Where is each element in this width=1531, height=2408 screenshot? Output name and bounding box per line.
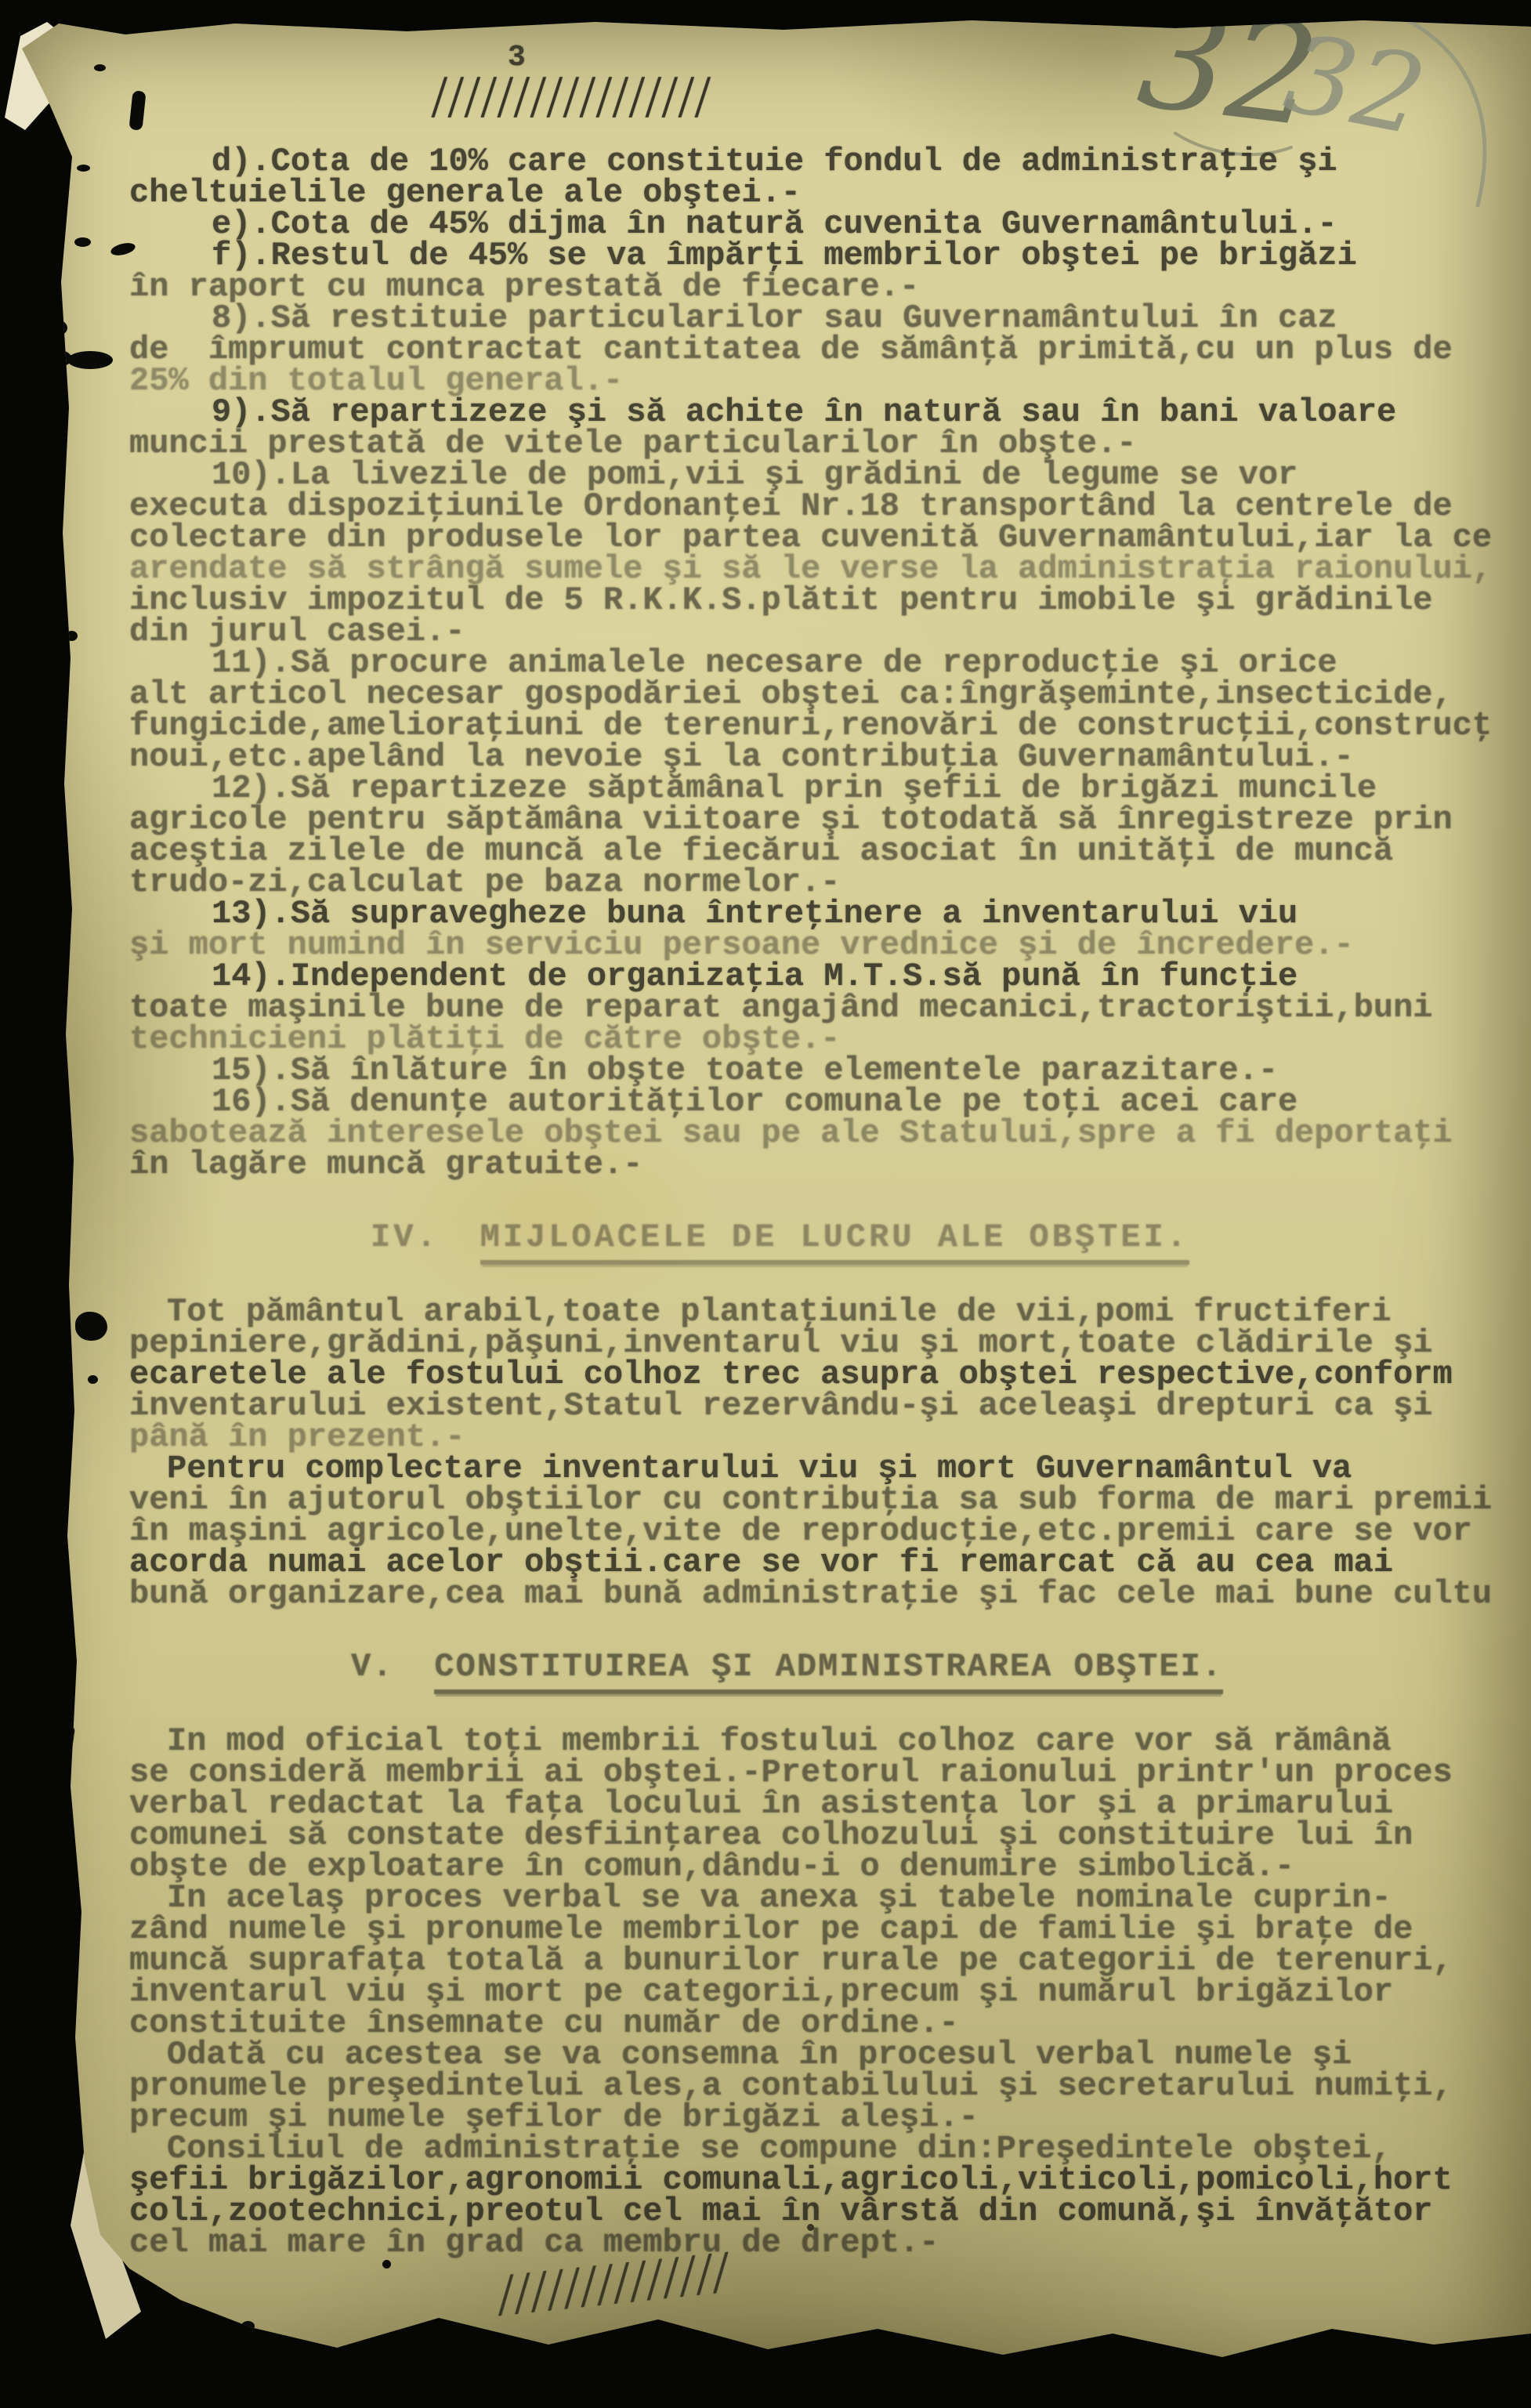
text-line: 25% din totalul general.- (129, 365, 1531, 397)
text-line: In mod oficial toţi membrii fostului col… (129, 1725, 1531, 1757)
text-line: până în prezent.- (129, 1421, 1531, 1453)
text-line: în lagăre muncă gratuite.- (129, 1149, 1531, 1180)
text-line: în maşini agricole,unelte,vite de reprod… (129, 1515, 1531, 1547)
text-line: se consideră membrii ai obştei.-Pretorul… (129, 1757, 1531, 1788)
punch-hole (30, 349, 72, 368)
text-line: şi mort numind în serviciu persoane vred… (129, 929, 1531, 961)
text-line: sabotează interesele obştei sau pe ale S… (129, 1117, 1531, 1149)
ink-blot (74, 237, 91, 247)
ink-blot (807, 2224, 814, 2231)
text-line: Consiliul de administraţie se compune di… (129, 2133, 1531, 2164)
ink-blot (241, 2321, 255, 2331)
text-line: e).Cota de 45% dijma în natură cuvenita … (129, 208, 1531, 240)
edge-hole (0, 992, 27, 1044)
text-line: noui,etc.apelând la nevoie şi la contrib… (129, 741, 1531, 773)
text-line: comunei să constate desfiinţarea colhozu… (129, 1820, 1531, 1851)
section-heading: V.CONSTITUIREA ŞI ADMINISTRAREA OBŞTEI. (129, 1649, 1531, 1685)
text-line: muncă suprafaţa totală a bunurilor rural… (129, 1945, 1531, 1976)
text-line: precum şi numele şefilor de brigăzi aleş… (129, 2102, 1531, 2133)
text-line: muncii prestată de vitele particularilor… (129, 428, 1531, 459)
text-line: 8).Să restituie particularilor sau Guver… (129, 302, 1531, 334)
ink-blot (77, 165, 90, 172)
text-line: Pentru complectare inventarului viu şi m… (129, 1453, 1531, 1484)
document-page: 3 ///////////////// 32 32 d).Cota de 10%… (0, 0, 1531, 2408)
text-line: cel mai mare în grad ca membru de drept.… (129, 2227, 1531, 2258)
text-line: aceştia zilele de muncă ale fiecărui aso… (129, 835, 1531, 867)
text-line: din jurul casei.- (129, 616, 1531, 647)
section-number: V. (351, 1648, 393, 1686)
punch-hole (24, 317, 67, 339)
text-line: inclusiv impozitul de 5 R.K.K.S.plătit p… (129, 585, 1531, 616)
section-title: MIJLOACELE DE LUCRU ALE OBŞTEI. (480, 1218, 1189, 1265)
ink-blot (66, 631, 78, 641)
text-line: f).Restul de 45% se va împărţi membrilor… (129, 240, 1531, 271)
section-title: CONSTITUIREA ŞI ADMINISTRAREA OBŞTEI. (434, 1648, 1223, 1694)
text-line: 14).Independent de organizaţia M.T.S.să … (129, 961, 1531, 992)
text-line: d).Cota de 10% care constituie fondul de… (129, 146, 1531, 177)
text-line: 13).Să supravegheze buna întreţinere a i… (129, 898, 1531, 929)
text-line: cheltuielile generale ale obştei.- (129, 177, 1531, 208)
text-line: toate maşinile bune de reparat angajând … (129, 992, 1531, 1023)
scan-background: 3 ///////////////// 32 32 d).Cota de 10%… (0, 0, 1531, 2408)
text-line: coli,zootechnici,preotul cel mai în vârs… (129, 2196, 1531, 2227)
text-line: Odată cu acestea se va consemna în proce… (129, 2039, 1531, 2070)
text-line: 9).Să repartizeze şi să achite în natură… (129, 397, 1531, 428)
ink-blot (60, 1725, 75, 1762)
text-line: executa dispoziţiunile Ordonanţei Nr.18 … (129, 491, 1531, 522)
ink-blot (31, 1765, 64, 1809)
ink-blot (382, 2260, 391, 2269)
text-line: colectare din produsele lor partea cuven… (129, 522, 1531, 553)
text-line: zând numele şi pronumele membrilor pe ca… (129, 1914, 1531, 1945)
text-line: In acelaş proces verbal se va anexa şi t… (129, 1882, 1531, 1914)
ink-blot (41, 616, 62, 632)
text-line: 15).Să înlăture în obşte toate elementel… (129, 1055, 1531, 1086)
text-line: Tot pământul arabil,toate plantaţiunile … (129, 1296, 1531, 1327)
text-line: arendate să strângă sumele şi să le vers… (129, 553, 1531, 585)
section-heading: IV.MIJLOACELE DE LUCRU ALE OBŞTEI. (129, 1219, 1531, 1255)
text-line: ecaretele ale fostului colhoz trec asupr… (129, 1359, 1531, 1390)
ink-blot (94, 64, 106, 71)
text-line: technicieni plătiţi de către obşte.- (129, 1023, 1531, 1055)
text-line: 10).La livezile de pomi,vii şi grădini d… (129, 459, 1531, 491)
section-number: IV. (371, 1218, 440, 1256)
text-line: agricole pentru săptămâna viitoare şi to… (129, 804, 1531, 835)
text-line: inventarul viu şi mort pe categorii,prec… (129, 1976, 1531, 2008)
text-line: pepiniere,grădini,păşuni,inventarul viu … (129, 1327, 1531, 1359)
text-line: inventarului existent,Statul rezervându-… (129, 1390, 1531, 1421)
text-line: bună organizare,cea mai bună administraţ… (129, 1578, 1531, 1610)
text-line: trudo-zi,calculat pe baza normelor.- (129, 867, 1531, 898)
text-line: constituite însemnate cu număr de ordine… (129, 2008, 1531, 2039)
text-line: 12).Să repartizeze săptămânal prin şefii… (129, 773, 1531, 804)
text-line: alt articol necesar gospodăriei obştei c… (129, 679, 1531, 710)
text-line: de împrumut contractat cantitatea de săm… (129, 334, 1531, 365)
text-line: 16).Să denunţe autorităţilor comunale pe… (129, 1086, 1531, 1117)
typed-body: d).Cota de 10% care constituie fondul de… (129, 146, 1531, 2258)
text-line: fungicide,amelioraţiuni de terenuri,reno… (129, 710, 1531, 741)
text-line: verbal redactat la faţa locului în asist… (129, 1788, 1531, 1820)
text-line: şefii brigăzilor,agronomii comunali,agri… (129, 2164, 1531, 2196)
punch-hole (67, 351, 113, 369)
text-line: acorda numai acelor obştii.care se vor f… (129, 1547, 1531, 1578)
text-line: în raport cu munca prestată de fiecare.- (129, 271, 1531, 302)
ink-blot (88, 1375, 98, 1384)
text-line: obşte de exploatare în comun,dându-i o d… (129, 1851, 1531, 1882)
ink-blot (75, 1312, 107, 1341)
text-line: pronumele preşedintelui ales,a contabilu… (129, 2070, 1531, 2102)
text-line: veni în ajutorul obştiilor cu contribuţi… (129, 1484, 1531, 1515)
text-line: 11).Să procure animalele necesare de rep… (129, 647, 1531, 679)
